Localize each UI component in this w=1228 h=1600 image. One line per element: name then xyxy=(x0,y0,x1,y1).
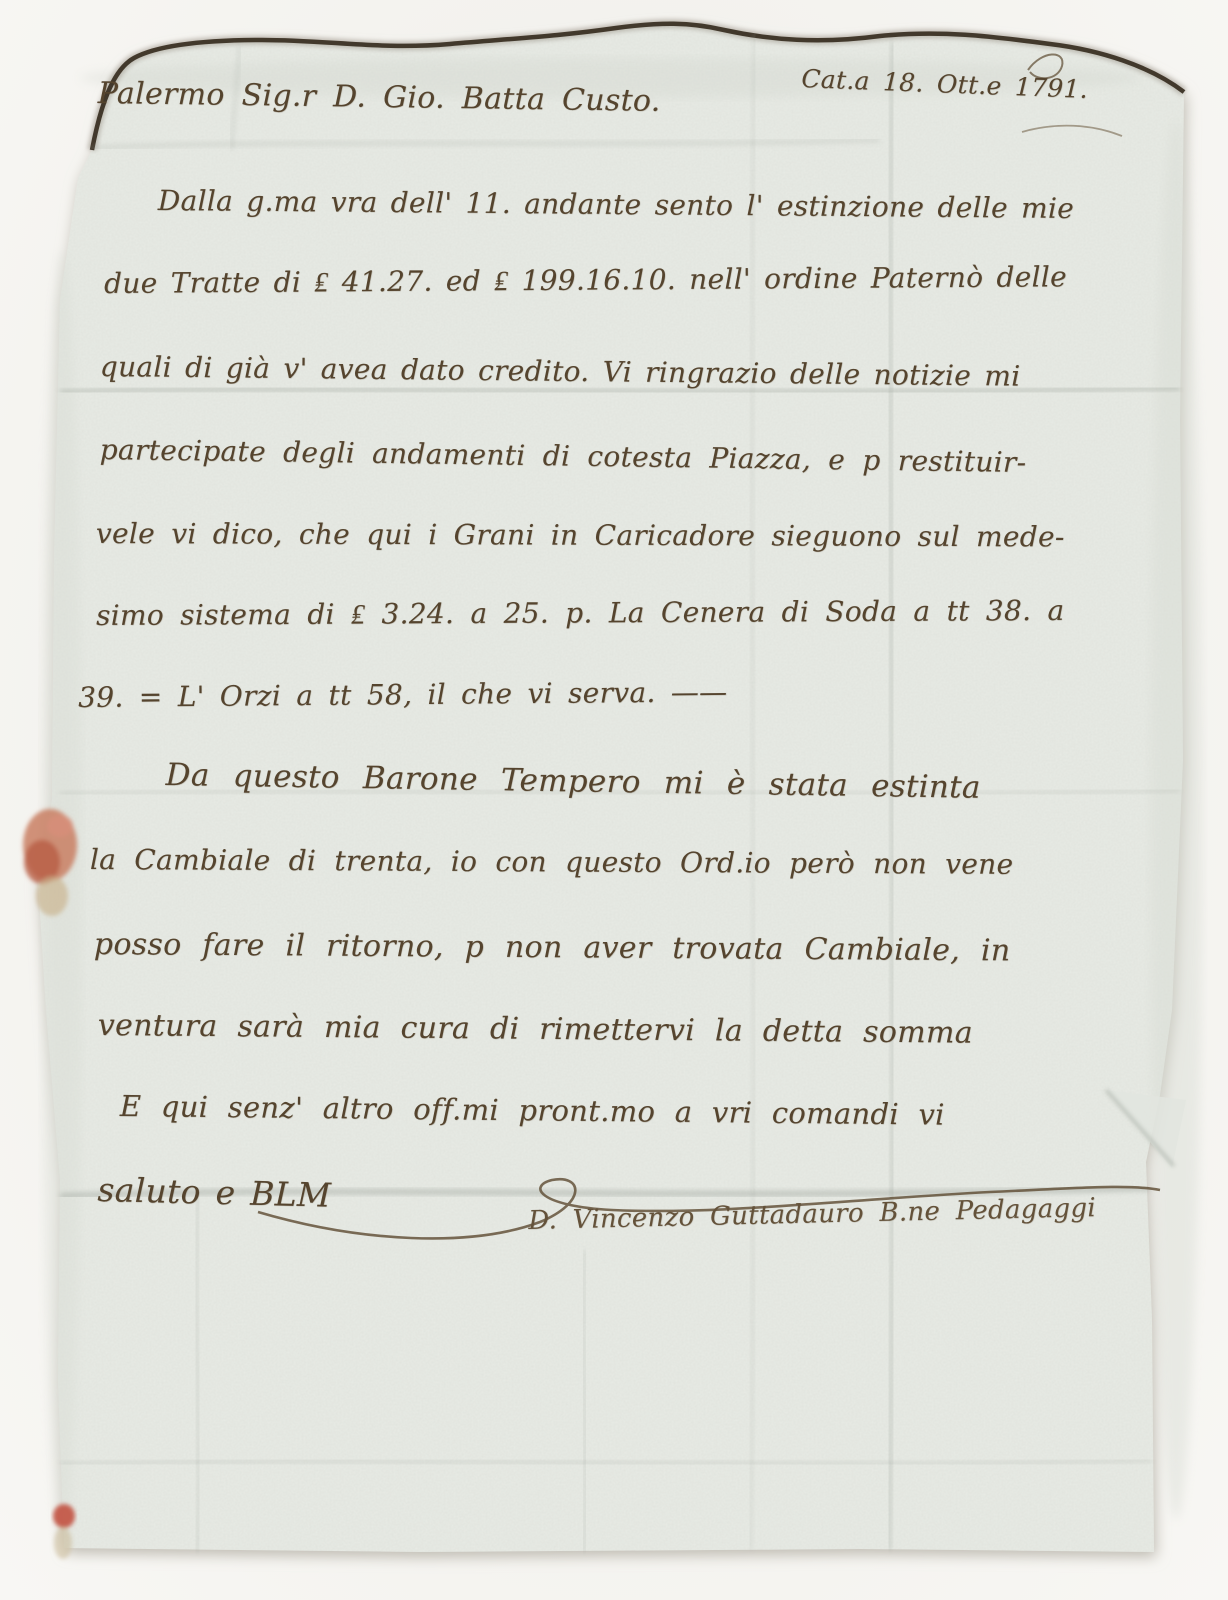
body-line-11: ventura sarà mia cura di rimettervi la d… xyxy=(98,1008,973,1051)
body-line-10: posso fare il ritorno, p non aver trovat… xyxy=(94,927,1011,968)
dateline: Cat.a 18. Ott.e 1791. xyxy=(801,64,1089,104)
body-line-5: vele vi dico, che qui i Grani in Caricad… xyxy=(96,517,1065,553)
letter-scan: Palermo Sig.r D. Gio. Batta Custo. Cat.a… xyxy=(0,0,1228,1600)
body-line-12: E qui senz' altro off.mi pront.mo a vri … xyxy=(120,1089,945,1132)
body-line-9: la Cambiale di trenta, io con questo Ord… xyxy=(90,843,1014,881)
address-line: Palermo Sig.r D. Gio. Batta Custo. xyxy=(98,76,661,119)
body-line-1: Dalla g.ma vra dell' 11. andante sento l… xyxy=(158,184,1075,225)
body-line-4: partecipate degli andamenti di cotesta P… xyxy=(100,433,1027,479)
body-line-6: simo sistema di ₤ 3.24. a 25. p. La Cene… xyxy=(96,594,1065,633)
letter-text-layer: Palermo Sig.r D. Gio. Batta Custo. Cat.a… xyxy=(0,0,1228,1600)
body-line-8: Da questo Barone Tempero mi è stata esti… xyxy=(165,757,981,806)
body-line-2: due Tratte di ₤ 41.27. ed ₤ 199.16.10. n… xyxy=(104,260,1067,301)
signature: D. Vincenzo Guttadauro B.ne Pedagaggi xyxy=(528,1193,1096,1236)
body-line-7: 39. = L' Orzi a tt 58, il che vi serva. … xyxy=(78,675,728,714)
body-line-13: saluto e BLM xyxy=(97,1170,331,1215)
body-line-3: quali di già v' avea dato credito. Vi ri… xyxy=(100,350,1021,393)
